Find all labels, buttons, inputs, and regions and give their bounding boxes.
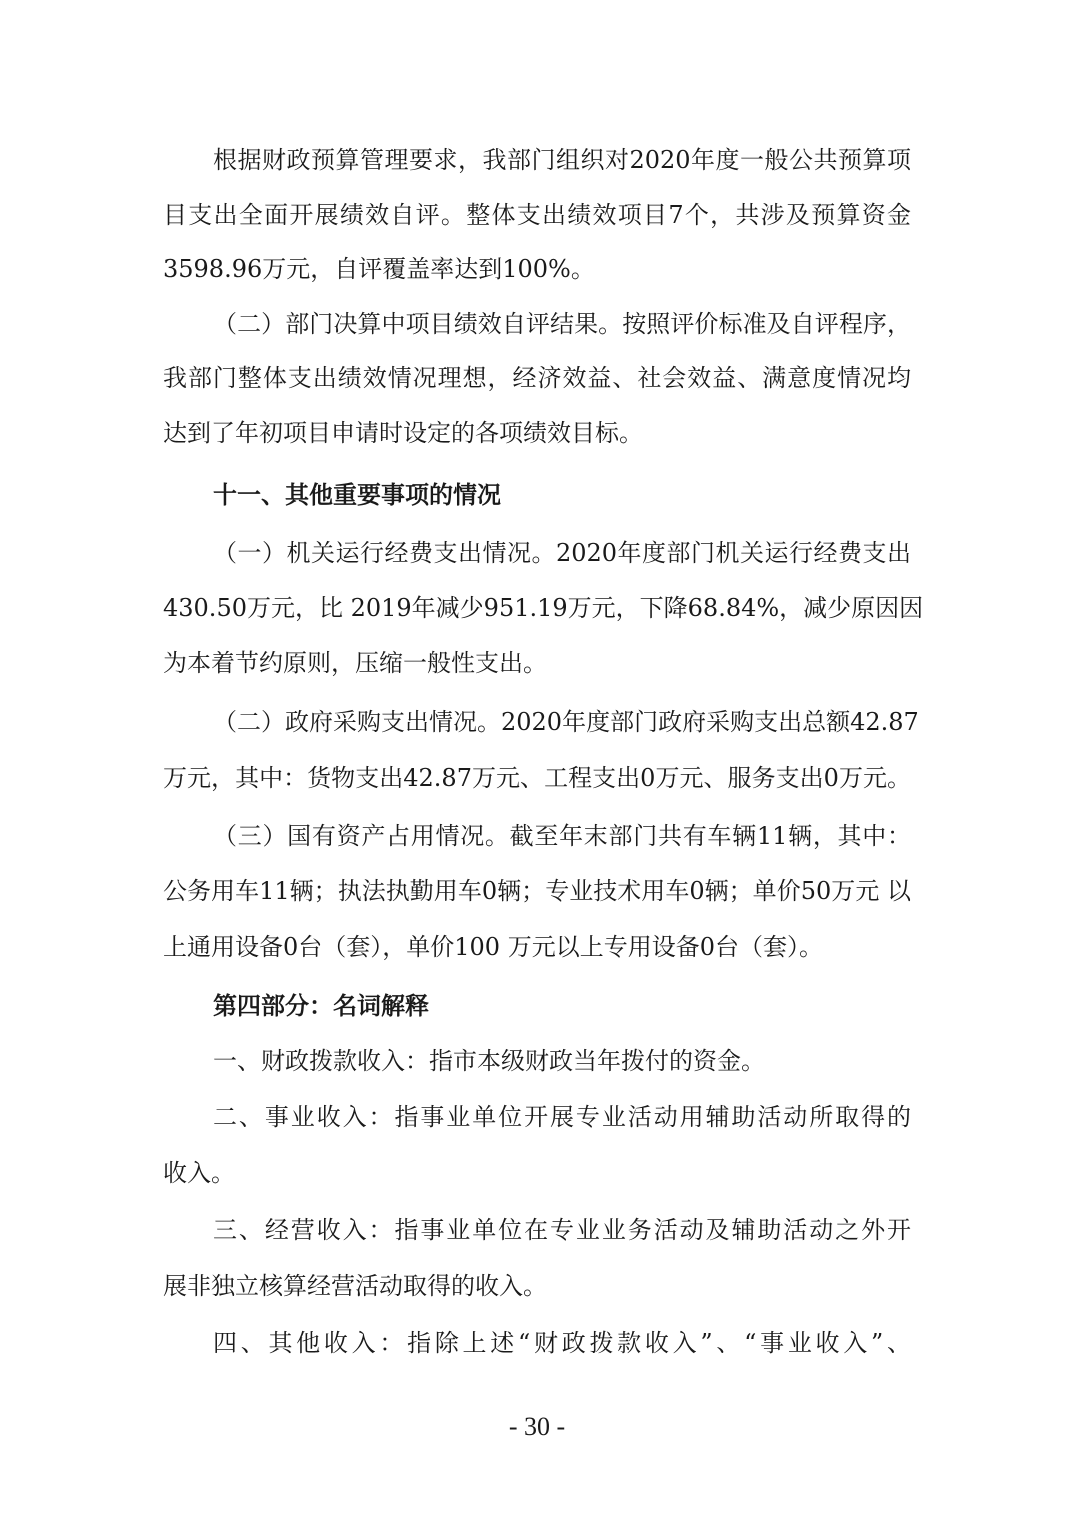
paragraph-line: （二）政府采购支出情况。2020年度部门政府采购支出总额42.87 [213, 704, 911, 740]
paragraph-line: 430.50万元，比 2019年减少951.19万元，下降68.84%，减少原因… [163, 590, 911, 626]
paragraph-line: 目支出全面开展绩效自评。整体支出绩效项目7个，共涉及预算资金 [163, 197, 911, 233]
paragraph-line: 收入。 [163, 1155, 911, 1191]
paragraph-line: 三、经营收入：指事业单位在专业业务活动及辅助活动之外开 [213, 1212, 911, 1248]
paragraph-line: 3598.96万元，自评覆盖率达到100%。 [163, 251, 911, 287]
paragraph-line: 二、事业收入：指事业单位开展专业活动用辅助活动所取得的 [213, 1099, 911, 1135]
paragraph-line: 为本着节约原则，压缩一般性支出。 [163, 645, 911, 681]
paragraph-line: 根据财政预算管理要求，我部门组织对2020年度一般公共预算项 [213, 142, 911, 178]
paragraph-line: 我部门整体支出绩效情况理想，经济效益、社会效益、满意度情况均 [163, 360, 911, 396]
paragraph-line: 四、其他收入：指除上述“财政拨款收入”、“事业收入”、 [213, 1325, 911, 1361]
paragraph-line: 公务用车11辆；执法执勤用车0辆；专业技术用车0辆；单价50万元 以 [163, 873, 911, 909]
paragraph-line: 一、财政拨款收入：指市本级财政当年拨付的资金。 [213, 1043, 911, 1079]
section-heading: 十一、其他重要事项的情况 [213, 477, 911, 513]
paragraph-line: （一）机关运行经费支出情况。2020年度部门机关运行经费支出 [213, 535, 911, 571]
section-heading: 第四部分：名词解释 [213, 988, 911, 1024]
paragraph-line: 展非独立核算经营活动取得的收入。 [163, 1268, 911, 1304]
paragraph-line: 上通用设备0台（套），单价100 万元以上专用设备0台（套）。 [163, 929, 911, 965]
paragraph-line: （三）国有资产占用情况。截至年末部门共有车辆11辆，其中： [213, 818, 911, 854]
document-page: 根据财政预算管理要求，我部门组织对2020年度一般公共预算项目支出全面开展绩效自… [0, 0, 1074, 1520]
paragraph-line: 达到了年初项目申请时设定的各项绩效目标。 [163, 415, 911, 451]
page-number: - 30 - [0, 1412, 1074, 1442]
paragraph-line: （二）部门决算中项目绩效自评结果。按照评价标准及自评程序， [213, 306, 911, 342]
paragraph-line: 万元，其中：货物支出42.87万元、工程支出0万元、服务支出0万元。 [163, 760, 911, 796]
